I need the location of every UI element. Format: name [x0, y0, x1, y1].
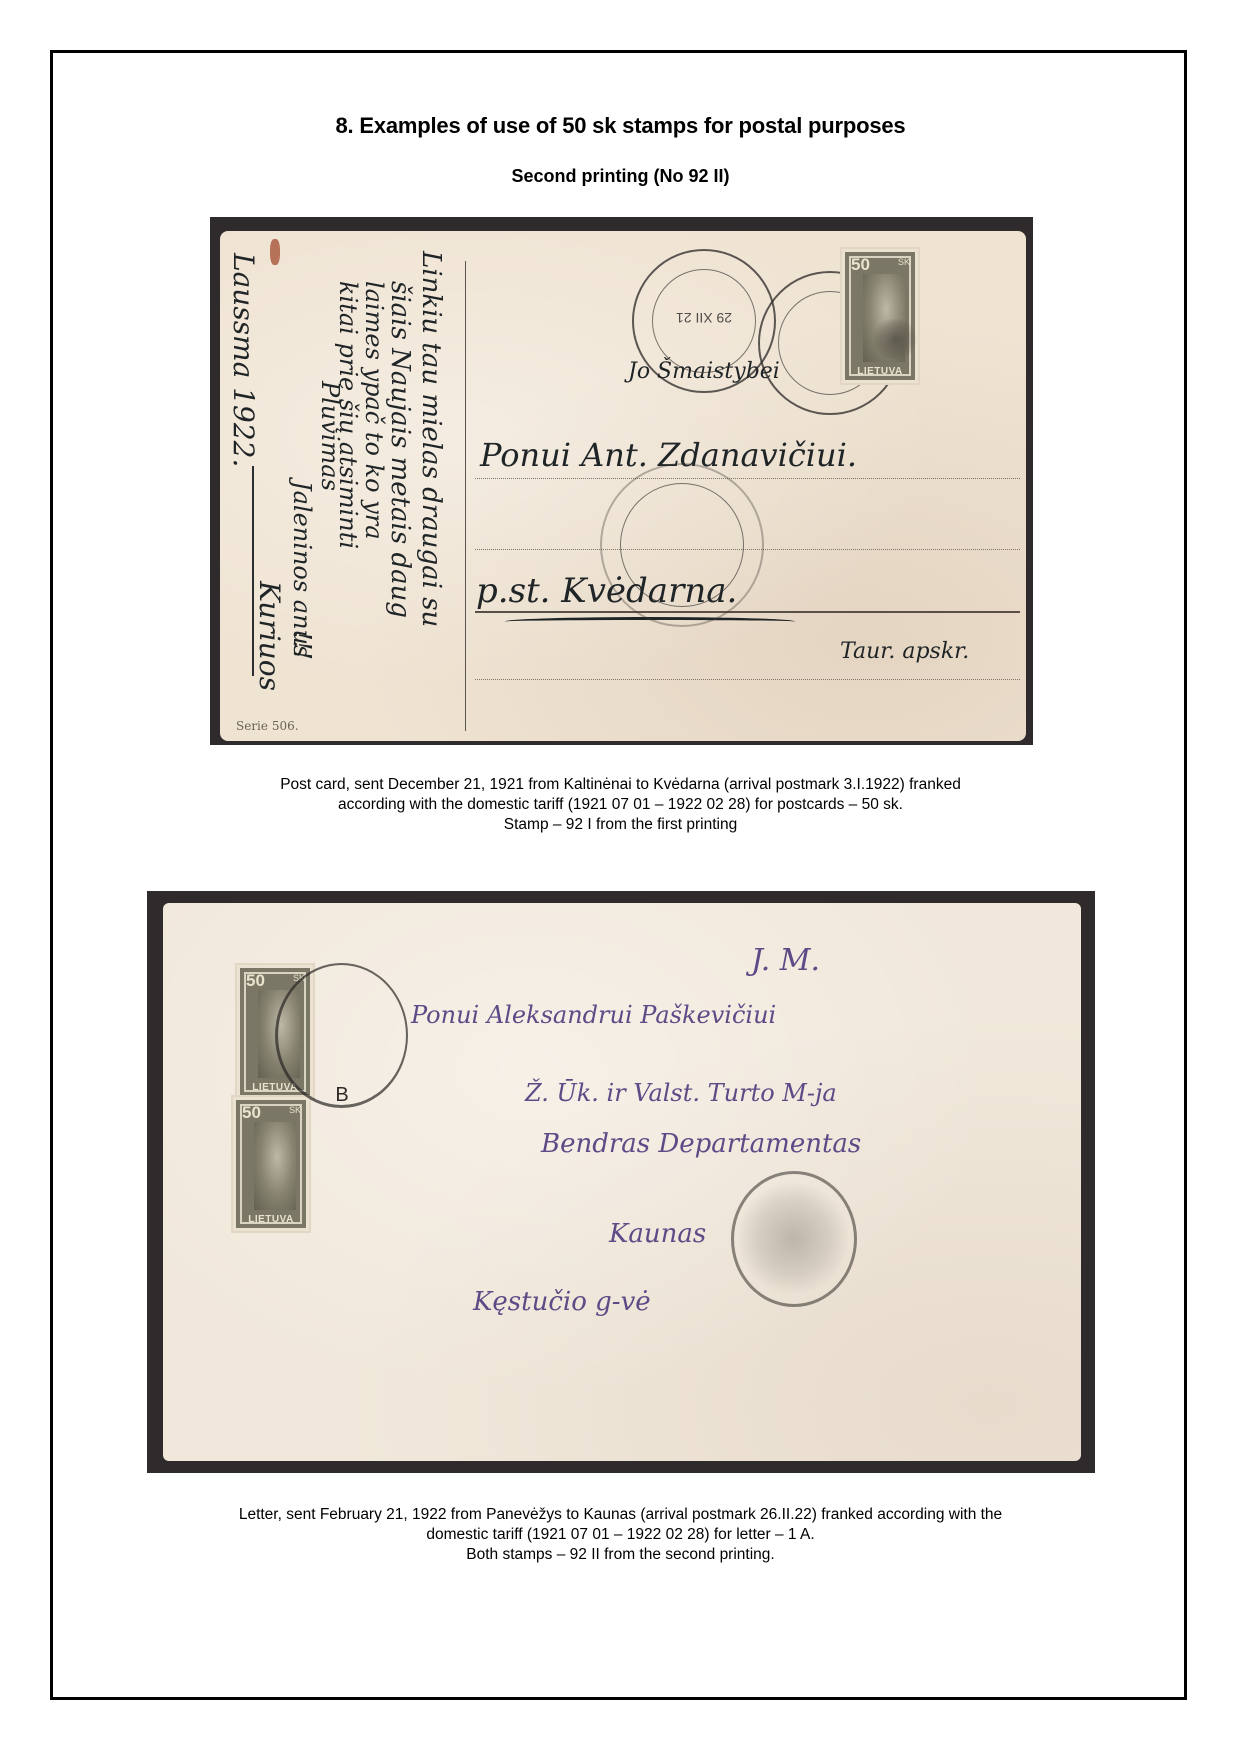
caption-line: domestic tariff (1921 07 01 – 1922 02 28…	[0, 1525, 1241, 1545]
caption-line: Letter, sent February 21, 1922 from Pane…	[0, 1505, 1241, 1525]
postmark-date: 29 XII 21	[634, 310, 774, 326]
stamp-value: 50	[851, 255, 870, 275]
stamp-country: LIETUVA	[236, 1214, 306, 1225]
printed-series-label: Serie 506.	[236, 719, 299, 733]
message-line: laimes ypač to ko yra	[360, 281, 388, 540]
postmark-departure: B	[275, 963, 408, 1108]
message-line: šiais Naujais metais daug	[385, 281, 415, 618]
address-text: Kęstučio g-vė	[473, 1287, 651, 1317]
letter-caption: Letter, sent February 21, 1922 from Pane…	[0, 1505, 1241, 1565]
signature-stroke	[252, 466, 254, 676]
address-text: Ponui Aleksandrui Paškevičiui	[411, 1001, 776, 1029]
stamp-country: LIETUVA	[845, 366, 915, 377]
message-line: Pluvimas	[316, 381, 344, 491]
postcard-image: Laussma 1922. Linkiu tau mielas draugai …	[210, 217, 1033, 745]
stamp-value: 50	[242, 1103, 261, 1123]
caption-line: according with the domestic tariff (1921…	[0, 795, 1241, 815]
page-subtitle: Second printing (No 92 II)	[0, 166, 1241, 187]
address-line-3	[475, 611, 1020, 613]
stamp-unit: SK	[898, 257, 910, 267]
message-line: Linkiu tau mielas draugai su	[416, 251, 446, 627]
postcard-divider	[465, 261, 466, 731]
margin-note: Laussma 1922.	[227, 253, 260, 467]
stamp-portrait	[254, 1122, 296, 1210]
postcard-caption: Post card, sent December 21, 1921 from K…	[0, 775, 1241, 835]
envelope-paper: 50 SK LIETUVA 50 SK LIETUVA B J. M. Ponu…	[163, 903, 1081, 1461]
address-line-1	[475, 478, 1020, 479]
postcard-paper: Laussma 1922. Linkiu tau mielas draugai …	[220, 231, 1026, 741]
postmark-letter: B	[278, 1084, 406, 1107]
address-line-4	[475, 679, 1020, 680]
postmark-arrival	[600, 463, 764, 627]
postmark-departure: 29 XII 21	[632, 249, 776, 393]
page-title: 8. Examples of use of 50 sk stamps for p…	[0, 113, 1241, 139]
caption-line: Stamp – 92 I from the first printing	[0, 815, 1241, 835]
postmark-inner-ring	[620, 483, 744, 607]
signature: Kuriuos	[253, 581, 286, 691]
letter-image: 50 SK LIETUVA 50 SK LIETUVA B J. M. Ponu…	[147, 891, 1095, 1473]
address-text: Ž. Ūk. ir Valst. Turto M-ja	[525, 1079, 837, 1107]
postage-stamp: 50 SK LIETUVA	[233, 1097, 309, 1231]
arrival-postmark-smudge	[738, 1178, 848, 1298]
address-text: Kaunas	[609, 1219, 706, 1249]
caption-line: Both stamps – 92 II from the second prin…	[0, 1545, 1241, 1565]
stain-mark	[270, 239, 280, 265]
caption-line: Post card, sent December 21, 1921 from K…	[0, 775, 1241, 795]
address-text: Bendras Departamentas	[541, 1129, 861, 1159]
cancel-smudge	[870, 319, 920, 359]
stamp-value: 50	[246, 971, 265, 991]
address-text: J. M.	[751, 943, 820, 978]
postage-stamp: 50 SK LIETUVA	[842, 249, 918, 383]
address-text: Taur. apskr.	[840, 639, 969, 664]
message-line: !!!	[288, 631, 316, 660]
